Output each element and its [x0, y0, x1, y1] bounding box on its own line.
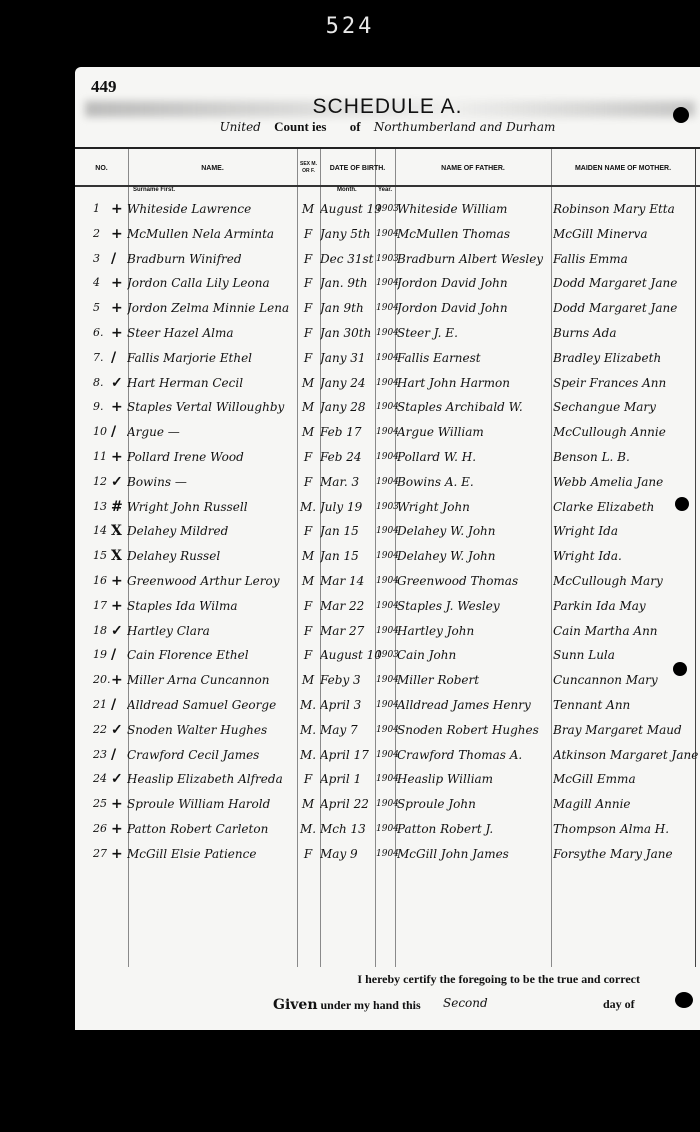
subtitle-of: of: [350, 119, 361, 134]
father-name: Hart John Harmon: [397, 371, 557, 395]
sex: F: [297, 619, 319, 643]
sex: F: [297, 445, 319, 469]
table-row: 4+Jordon Calla Lily LeonaFJan. 9th1904Jo…: [75, 271, 700, 296]
mother-maiden-name: Sunn Lula: [553, 643, 700, 667]
sex: M.: [297, 693, 319, 717]
sex: F: [297, 842, 319, 866]
mother-maiden-name: Forsythe Mary Jane: [553, 842, 700, 866]
child-name: Whiteside Lawrence: [127, 197, 305, 221]
birth-month: May 7: [320, 718, 382, 742]
father-name: Alldread James Henry: [397, 693, 557, 717]
child-name: Heaslip Elizabeth Alfreda: [127, 767, 305, 791]
table-row: 1+Whiteside LawrenceMAugust 19th1903Whit…: [75, 197, 700, 222]
father-name: Miller Robert: [397, 668, 557, 692]
father-name: Bradburn Albert Wesley: [397, 247, 557, 271]
child-name: Crawford Cecil James: [127, 743, 305, 767]
father-name: Jordon David John: [397, 271, 557, 295]
mother-maiden-name: Bray Margaret Maud: [553, 718, 700, 742]
father-name: Cain John: [397, 643, 557, 667]
sex: F: [297, 519, 319, 543]
father-name: Jordon David John: [397, 296, 557, 320]
father-name: Snoden Robert Hughes: [397, 718, 557, 742]
mother-maiden-name: Magill Annie: [553, 792, 700, 816]
page-number: 449: [91, 77, 117, 97]
table-row: 16+Greenwood Arthur LeroyMMar 141904Gree…: [75, 569, 700, 594]
birth-month: Jany 31: [320, 346, 382, 370]
header-date-of-birth: Date of Birth.: [320, 153, 395, 183]
child-name: Patton Robert Carleton: [127, 817, 305, 841]
birth-month: Mar 22: [320, 594, 382, 618]
child-name: Hartley Clara: [127, 619, 305, 643]
birth-month: August 10: [320, 643, 382, 667]
birth-month: Feb 17: [320, 420, 382, 444]
page-subtitle: United Count ies of Northumberland and D…: [75, 119, 700, 135]
birth-month: Mar 14: [320, 569, 382, 593]
table-row: 18✓Hartley ClaraFMar 271904Hartley JohnC…: [75, 619, 700, 644]
mother-maiden-name: Webb Amelia Jane: [553, 470, 700, 494]
mother-maiden-name: Bradley Elizabeth: [553, 346, 700, 370]
father-name: Greenwood Thomas: [397, 569, 557, 593]
sex: F: [297, 767, 319, 791]
child-name: Miller Arna Cuncannon: [127, 668, 305, 692]
mother-maiden-name: McGill Minerva: [553, 222, 700, 246]
table-row: 13#Wright John RussellM.July 191903Wrigh…: [75, 495, 700, 520]
father-name: Delahey W. John: [397, 519, 557, 543]
table-row: 14XDelahey MildredFJan 151904Delahey W. …: [75, 519, 700, 544]
sex: M: [297, 792, 319, 816]
mother-maiden-name: Fallis Emma: [553, 247, 700, 271]
day-handwritten: Second: [443, 996, 488, 1010]
table-row: 9.+Staples Vertal WilloughbyMJany 281904…: [75, 395, 700, 420]
table-row: 25+Sproule William HaroldMApril 221904Sp…: [75, 792, 700, 817]
child-name: Delahey Russel: [127, 544, 305, 568]
child-name: Pollard Irene Wood: [127, 445, 305, 469]
header-mother: Maiden Name of Mother.: [551, 153, 695, 183]
birth-month: Jan 30th: [320, 321, 382, 345]
birth-month: Jan 9th: [320, 296, 382, 320]
mother-maiden-name: Speir Frances Ann: [553, 371, 700, 395]
sex: F: [297, 222, 319, 246]
table-row: 3/Bradburn WinifredFDec 31st1903Bradburn…: [75, 247, 700, 272]
child-name: Bowins —: [127, 470, 305, 494]
table-row: 8.✓Hart Herman CecilMJany 241904Hart Joh…: [75, 371, 700, 396]
mother-maiden-name: Wright Ida.: [553, 544, 700, 568]
sex: M.: [297, 718, 319, 742]
father-name: Pollard W. H.: [397, 445, 557, 469]
child-name: Jordon Zelma Minnie Lena: [127, 296, 305, 320]
sex: F: [297, 296, 319, 320]
header-name: Name.: [128, 153, 297, 183]
table-row: 26+Patton Robert CarletonM.Mch 131904Pat…: [75, 817, 700, 842]
table-row: 24✓Heaslip Elizabeth AlfredaFApril 11904…: [75, 767, 700, 792]
birth-month: May 9: [320, 842, 382, 866]
child-name: McGill Elsie Patience: [127, 842, 305, 866]
father-name: Heaslip William: [397, 767, 557, 791]
father-name: Wright John: [397, 495, 557, 519]
table-row: 2+McMullen Nela ArmintaFJany 5th1904McMu…: [75, 222, 700, 247]
mother-maiden-name: Wright Ida: [553, 519, 700, 543]
table-row: 23/Crawford Cecil JamesM.April 171904Cra…: [75, 743, 700, 768]
father-name: Whiteside William: [397, 197, 557, 221]
birth-month: Mar. 3: [320, 470, 382, 494]
birth-month: Jany 5th: [320, 222, 382, 246]
birth-month: Mar 27: [320, 619, 382, 643]
birth-month: April 22: [320, 792, 382, 816]
sex: M: [297, 371, 319, 395]
table-row: 10/Argue —MFeb 171904Argue WilliamMcCull…: [75, 420, 700, 445]
child-name: Argue —: [127, 420, 305, 444]
given-word: Given: [273, 997, 318, 1013]
table-row: 12✓Bowins —FMar. 31904Bowins A. E.Webb A…: [75, 470, 700, 495]
mother-maiden-name: Clarke Elizabeth: [553, 495, 700, 519]
sex: M.: [297, 743, 319, 767]
child-name: Fallis Marjorie Ethel: [127, 346, 305, 370]
subheader-surname-first: Surname First.: [133, 187, 175, 193]
birth-month: Feby 3: [320, 668, 382, 692]
child-name: Delahey Mildred: [127, 519, 305, 543]
sex: M: [297, 197, 319, 221]
table-row: 21/Alldread Samuel GeorgeM.April 31904Al…: [75, 693, 700, 718]
given-rest: under my hand this: [321, 998, 421, 1012]
child-name: Steer Hazel Alma: [127, 321, 305, 345]
child-name: Cain Florence Ethel: [127, 643, 305, 667]
punch-hole-icon: [675, 992, 693, 1008]
father-name: Sproule John: [397, 792, 557, 816]
mother-maiden-name: Tennant Ann: [553, 693, 700, 717]
birth-month: Jany 24: [320, 371, 382, 395]
mother-maiden-name: Robinson Mary Etta: [553, 197, 700, 221]
sex: M: [297, 544, 319, 568]
child-name: Bradburn Winifred: [127, 247, 305, 271]
mother-maiden-name: Burns Ada: [553, 321, 700, 345]
birth-register-table: No. Name. Sex M. or F. Date of Birth. Na…: [75, 147, 700, 967]
table-row: 27+McGill Elsie PatienceFMay 91904McGill…: [75, 842, 700, 867]
birth-month: Dec 31st: [320, 247, 382, 271]
birth-month: July 19: [320, 495, 382, 519]
child-name: Snoden Walter Hughes: [127, 718, 305, 742]
father-name: Staples Archibald W.: [397, 395, 557, 419]
father-name: Hartley John: [397, 619, 557, 643]
sex: M: [297, 668, 319, 692]
birth-month: Mch 13: [320, 817, 382, 841]
child-name: Alldread Samuel George: [127, 693, 305, 717]
table-row: 17+Staples Ida WilmaFMar 221904Staples J…: [75, 594, 700, 619]
father-name: Bowins A. E.: [397, 470, 557, 494]
sex: F: [297, 321, 319, 345]
mother-maiden-name: Thompson Alma H.: [553, 817, 700, 841]
birth-month: Jan. 9th: [320, 271, 382, 295]
father-name: Patton Robert J.: [397, 817, 557, 841]
birth-month: Jany 28: [320, 395, 382, 419]
father-name: Staples J. Wesley: [397, 594, 557, 618]
birth-month: August 19th: [320, 197, 382, 221]
sex: F: [297, 470, 319, 494]
table-row: 20.+Miller Arna CuncannonMFeby 31904Mill…: [75, 668, 700, 693]
table-row: 11+Pollard Irene WoodFFeb 241904Pollard …: [75, 445, 700, 470]
child-name: Staples Vertal Willoughby: [127, 395, 305, 419]
sex: M: [297, 420, 319, 444]
mother-maiden-name: Cain Martha Ann: [553, 619, 700, 643]
sex: M.: [297, 817, 319, 841]
archive-stamp-number: 524: [0, 14, 700, 39]
mother-maiden-name: Atkinson Margaret Jane: [553, 743, 700, 767]
given-line: Given under my hand this: [273, 997, 421, 1013]
father-name: Delahey W. John: [397, 544, 557, 568]
sex: M.: [297, 495, 319, 519]
father-name: Argue William: [397, 420, 557, 444]
birth-month: April 1: [320, 767, 382, 791]
mother-maiden-name: McCullough Mary: [553, 569, 700, 593]
father-name: McMullen Thomas: [397, 222, 557, 246]
header-father: Name of Father.: [395, 153, 551, 183]
birth-month: Jan 15: [320, 544, 382, 568]
father-name: Crawford Thomas A.: [397, 743, 557, 767]
mother-maiden-name: McGill Emma: [553, 767, 700, 791]
table-row: 5+Jordon Zelma Minnie LenaFJan 9th1904Jo…: [75, 296, 700, 321]
mother-maiden-name: Dodd Margaret Jane: [553, 271, 700, 295]
child-name: Wright John Russell: [127, 495, 305, 519]
register-page: 449 SCHEDULE A. United Count ies of Nort…: [75, 67, 700, 1030]
page-title: SCHEDULE A.: [75, 95, 700, 119]
table-row: 15XDelahey RusselMJan 151904Delahey W. J…: [75, 544, 700, 569]
subheader-year: Year.: [378, 187, 392, 193]
child-name: Sproule William Harold: [127, 792, 305, 816]
sex: F: [297, 271, 319, 295]
mother-maiden-name: Cuncannon Mary: [553, 668, 700, 692]
birth-month: Jan 15: [320, 519, 382, 543]
table-row: 19/Cain Florence EthelFAugust 101903Cain…: [75, 643, 700, 668]
mother-maiden-name: Benson L. B.: [553, 445, 700, 469]
subtitle-location: Northumberland and Durham: [374, 120, 556, 134]
header-sex: Sex M. or F.: [297, 153, 320, 183]
child-name: McMullen Nela Arminta: [127, 222, 305, 246]
mother-maiden-name: McCullough Annie: [553, 420, 700, 444]
sex: M: [297, 395, 319, 419]
day-of-label: day of: [603, 997, 635, 1012]
sex: F: [297, 643, 319, 667]
mother-maiden-name: Parkin Ida May: [553, 594, 700, 618]
sex: F: [297, 594, 319, 618]
subheader-month: Month.: [337, 187, 357, 193]
child-name: Greenwood Arthur Leroy: [127, 569, 305, 593]
child-name: Hart Herman Cecil: [127, 371, 305, 395]
father-name: Fallis Earnest: [397, 346, 557, 370]
child-name: Staples Ida Wilma: [127, 594, 305, 618]
subtitle-prefix: United: [220, 120, 261, 134]
birth-month: April 3: [320, 693, 382, 717]
child-name: Jordon Calla Lily Leona: [127, 271, 305, 295]
table-row: 6.+Steer Hazel AlmaFJan 30th1904Steer J.…: [75, 321, 700, 346]
punch-hole-icon: [673, 107, 689, 123]
birth-month: Feb 24: [320, 445, 382, 469]
certification-text: I hereby certify the foregoing to be the…: [75, 972, 640, 987]
mother-maiden-name: Dodd Margaret Jane: [553, 296, 700, 320]
header-no: No.: [75, 153, 128, 183]
sex: F: [297, 346, 319, 370]
sex: M: [297, 569, 319, 593]
sex: F: [297, 247, 319, 271]
birth-month: April 17: [320, 743, 382, 767]
father-name: McGill John James: [397, 842, 557, 866]
mother-maiden-name: Sechangue Mary: [553, 395, 700, 419]
table-row: 7./Fallis Marjorie EthelFJany 311904Fall…: [75, 346, 700, 371]
subtitle-counties: Count ies: [274, 119, 326, 134]
table-row: 22✓Snoden Walter HughesM.May 71904Snoden…: [75, 718, 700, 743]
father-name: Steer J. E.: [397, 321, 557, 345]
